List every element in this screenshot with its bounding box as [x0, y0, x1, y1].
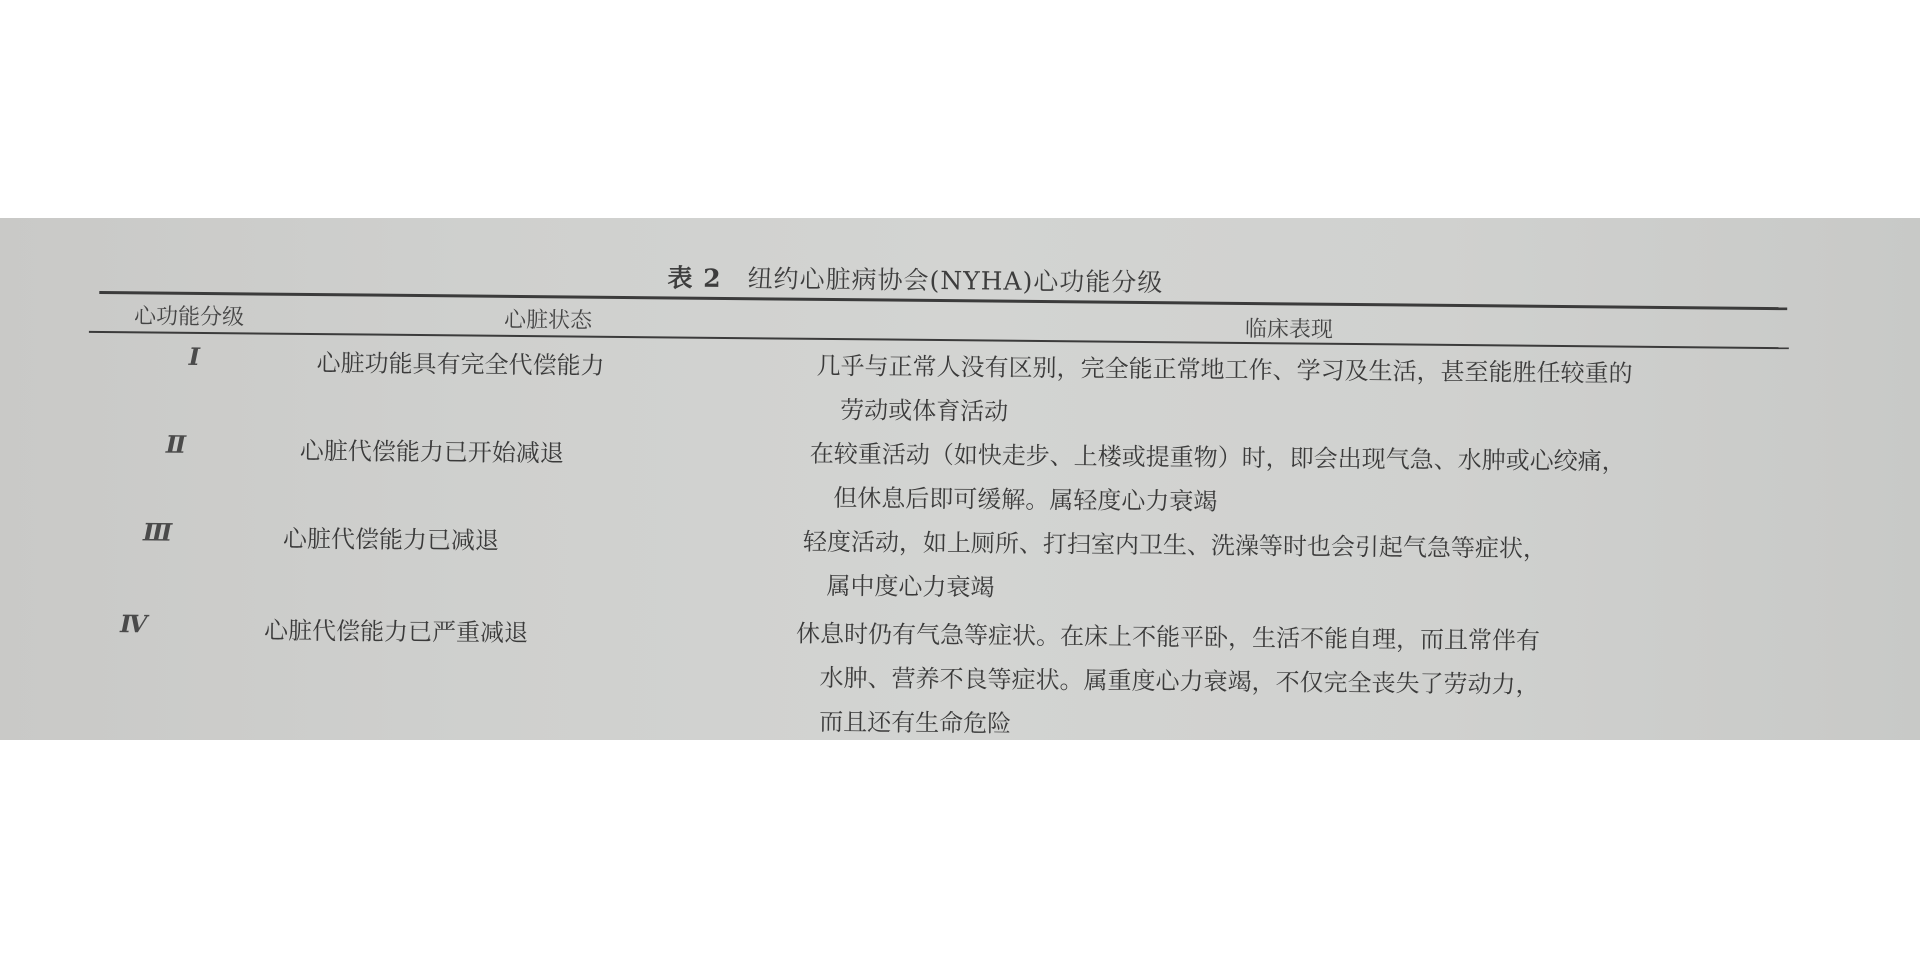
blank-margin-bottom — [0, 740, 1920, 960]
clinical-line: 属中度心力衰竭 — [802, 564, 1742, 617]
table-label: 表 2 — [667, 263, 721, 293]
grade-cell: Ⅳ — [120, 609, 148, 638]
state-cell: 心脏代偿能力已开始减退 — [300, 431, 564, 469]
clinical-cell: 休息时仍有气急等症状。在床上不能平卧，生活不能自理，而且常伴有 水肿、营养不良等… — [795, 612, 1736, 740]
clinical-cell: 轻度活动，如上厕所、打扫室内卫生、洗澡等时也会引起气急等症状， 属中度心力衰竭 — [802, 520, 1743, 617]
grade-cell: Ⅱ — [166, 430, 187, 459]
clinical-cell: 几乎与正常人没有区别，完全能正常地工作、学习及生活，甚至能胜任较重的 劳动或体育… — [816, 344, 1757, 441]
header-grade: 心功能分级 — [134, 299, 244, 331]
table-sheet: 表 2纽约心脏病协会(NYHA)心功能分级 心功能分级 心脏状态 临床表现 Ⅰ … — [0, 218, 1920, 740]
clinical-cell: 在较重活动（如快走步、上楼或提重物）时，即会出现气急、水肿或心绞痛， 但休息后即… — [809, 432, 1750, 529]
grade-cell: Ⅲ — [143, 517, 173, 546]
header-clinical: 临床表现 — [1245, 312, 1333, 344]
table-title: 纽约心脏病协会(NYHA)心功能分级 — [747, 264, 1163, 297]
table-row: Ⅰ 心脏功能具有完全代偿能力 几乎与正常人没有区别，完全能正常地工作、学习及生活… — [0, 340, 1919, 358]
table-caption: 表 2纽约心脏病协会(NYHA)心功能分级 — [667, 258, 1163, 299]
state-cell: 心脏代偿能力已减退 — [283, 519, 499, 556]
header-state: 心脏状态 — [504, 303, 592, 335]
state-cell: 心脏功能具有完全代偿能力 — [316, 343, 604, 381]
grade-cell: Ⅰ — [189, 342, 201, 371]
photographed-page: 表 2纽约心脏病协会(NYHA)心功能分级 心功能分级 心脏状态 临床表现 Ⅰ … — [0, 218, 1920, 740]
state-cell: 心脏代偿能力已严重减退 — [264, 611, 528, 649]
